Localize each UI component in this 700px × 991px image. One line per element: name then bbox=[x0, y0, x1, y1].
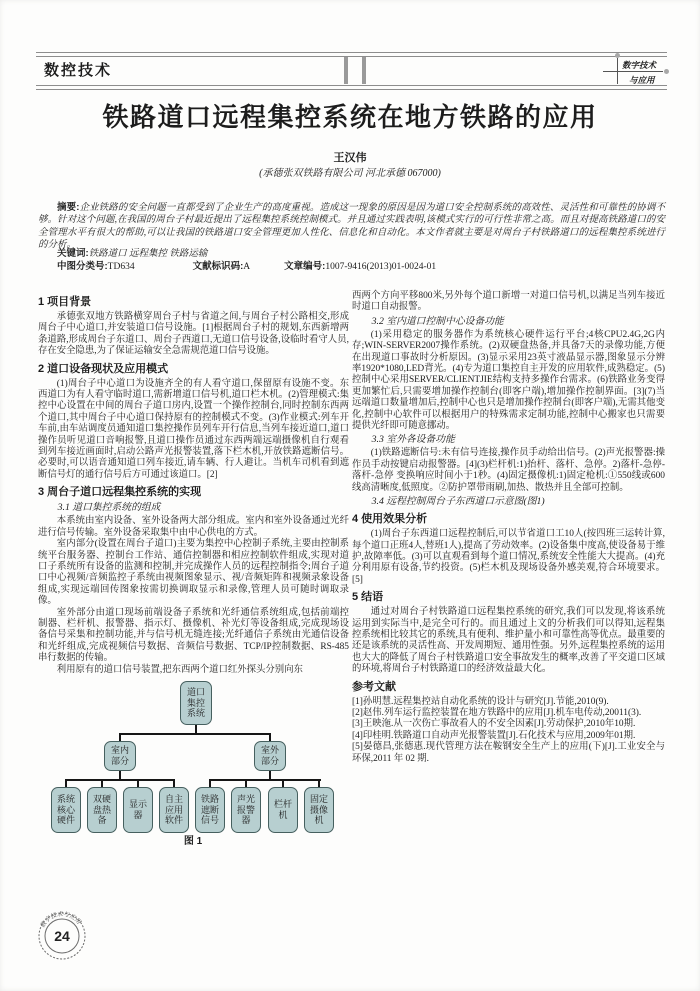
diagram-leaf-node: 自主应用软件 bbox=[159, 787, 189, 833]
left-column: 1 项目背景 承德张双地方铁路横穿周台子村与省道之间,与周台子村公路相交,形成周… bbox=[38, 291, 349, 851]
page-number: 24 bbox=[54, 928, 70, 944]
diagram-connector bbox=[195, 725, 197, 733]
reference-item: [5]晏德昌,张德惠.现代管理方法在鞍钢安全生产上的应用(下)[J].工业安全与… bbox=[352, 742, 665, 765]
diagram-leaf-node: 系统核心硬件 bbox=[51, 787, 81, 833]
header-top-rule bbox=[36, 52, 667, 57]
diagram-connector bbox=[137, 779, 139, 787]
diagram-indoor-node: 室内部分 bbox=[104, 741, 136, 771]
article-id-label: 文章编号: bbox=[284, 261, 325, 272]
section-1-heading: 1 项目背景 bbox=[38, 296, 349, 309]
figure-1-diagram: 道口集控系统 室内部分 室外部分 系统核心硬件 双硬盘热备 显示器 自主应用软件… bbox=[38, 681, 348, 851]
header-bottom-rule bbox=[36, 85, 667, 90]
section-5-heading: 5 结语 bbox=[352, 591, 665, 604]
diagram-connector bbox=[101, 779, 103, 787]
diagram-connector bbox=[119, 733, 121, 741]
page-number-stamp: 数字技术与应用 24 bbox=[34, 908, 90, 969]
classification-line: 中图分类号:TD634文献标识码:A文章编号:1007-9416(2013)01… bbox=[57, 258, 665, 272]
section-3-1-paragraph-1: 本系统由室内设备、室外设备两大部分组成。室内和室外设备通过光纤进行信号传输。室外… bbox=[38, 516, 349, 539]
diagram-root-node: 道口集控系统 bbox=[180, 681, 212, 725]
section-3-heading: 3 周台子道口远程集控系统的实现 bbox=[38, 486, 349, 499]
section-1-paragraph: 承德张双地方铁路横穿周台子村与省道之间,与周台子村公路相交,形成周台子中心道口,… bbox=[38, 312, 349, 358]
section-4-heading: 4 使用效果分析 bbox=[352, 513, 665, 526]
header-divider-bar bbox=[344, 57, 348, 84]
diagram-leaf-node: 铁路遮断信号 bbox=[195, 787, 225, 833]
diagram-connector bbox=[119, 733, 271, 735]
article-affiliation: (承德张双铁路有限公司 河北承德 067000) bbox=[0, 164, 700, 179]
diagram-connector bbox=[269, 771, 271, 779]
journal-page: 数控技术 数字技术 与应用 铁路道口远程集控系统在地方铁路的应用 王汉伟 (承德… bbox=[0, 0, 700, 991]
section-3-3-paragraph: (1)铁路遮断信号:未有信号连接,操作员手动给出信号。(2)声光报警器:操作员手… bbox=[352, 448, 665, 494]
clc-value: TD634 bbox=[108, 262, 135, 272]
section-4-paragraph: (1)周台子东西道口远程控制后,可以节省道口工10人(按四班三运转计算,每个道口… bbox=[352, 529, 665, 586]
logo-horizontal-line bbox=[603, 71, 663, 72]
section-3-2-paragraph: (1)采用稳定的服务器作为系统核心硬件运行平台;4核CPU2.4G,2G内存;W… bbox=[352, 330, 665, 433]
article-id-value: 1007-9416(2013)01-0024-01 bbox=[325, 262, 436, 272]
reference-item: [2]赵伟.列车运行监控装置在地方铁路中的应用[J].机车电传动,20011(3… bbox=[352, 708, 665, 719]
diagram-connector bbox=[209, 779, 321, 781]
doc-code-label: 文献标识码: bbox=[193, 261, 244, 272]
diagram-leaf-node: 固定摄像机 bbox=[304, 787, 334, 833]
references-list: [1]孙明慧.远程集控站自动化系统的设计与研究[J].节能,2010(9). [… bbox=[352, 697, 665, 765]
header-divider-bar bbox=[362, 57, 366, 84]
diagram-connector bbox=[269, 733, 271, 741]
diagram-connector bbox=[282, 779, 284, 787]
diagram-connector bbox=[173, 779, 175, 787]
diagram-leaf-node: 双硬盘热备 bbox=[87, 787, 117, 833]
figure-1-caption: 图 1 bbox=[38, 836, 348, 847]
stamp-icon: 数字技术与应用 24 bbox=[34, 908, 90, 964]
diagram-connector bbox=[318, 779, 320, 787]
reference-item: [4]印桂明.铁路道口自动声光报警装置[J].石化技术与应用,2009年01期. bbox=[352, 731, 665, 742]
journal-logo: 数字技术 与应用 bbox=[599, 55, 667, 87]
right-column: 西两个方向平移800米,另外每个道口新增一对道口信号机,以满足当列车接近时道口自… bbox=[352, 291, 665, 765]
continuation-paragraph: 西两个方向平移800米,另外每个道口新增一对道口信号机,以满足当列车接近时道口自… bbox=[352, 291, 665, 314]
diagram-connector bbox=[65, 779, 67, 787]
clc-label: 中图分类号: bbox=[57, 261, 108, 272]
section-3-1-paragraph-2: 室内部分(设置在周台子道口)主要为集控中心控制子系统,主要由控制系统平台服务器、… bbox=[38, 539, 349, 607]
abstract-label: 摘要: bbox=[57, 202, 79, 213]
section-3-1-paragraph-3: 室外部分由道口现场前端设备子系统和光纤通信系统组成,包括前端控制器、栏杆机、报警… bbox=[38, 608, 349, 665]
keywords-line: 关键词:铁路道口 远程集控 铁路运输 bbox=[57, 245, 665, 259]
reference-item: [3]王映沲.从一次伤亡事故看人的不安全因素[J].劳动保护,2010年10期. bbox=[352, 719, 665, 730]
section-3-4-heading: 3.4 远程控制周台子东西道口示意图(图1) bbox=[352, 496, 665, 508]
column-label: 数控技术 bbox=[44, 59, 112, 80]
doc-code-value: A bbox=[243, 262, 250, 272]
article-author: 王汉伟 bbox=[0, 149, 700, 165]
section-3-2-heading: 3.2 室内道口控制中心设备功能 bbox=[352, 316, 665, 328]
references-heading: 参考文献 bbox=[352, 681, 665, 694]
section-3-1-heading: 3.1 道口集控系统的组成 bbox=[38, 502, 349, 514]
diagram-leaf-node: 声光报警器 bbox=[231, 787, 261, 833]
diagram-connector bbox=[65, 779, 175, 781]
section-2-heading: 2 道口设备现状及应用模式 bbox=[38, 363, 349, 376]
reference-item: [1]孙明慧.远程集控站自动化系统的设计与研究[J].节能,2010(9). bbox=[352, 697, 665, 708]
logo-dot-icon bbox=[664, 69, 669, 74]
article-title: 铁路道口远程集控系统在地方铁路的应用 bbox=[0, 97, 700, 134]
diagram-connector bbox=[209, 779, 211, 787]
section-3-1-paragraph-4: 利用原有的道口信号装置,把东西两个道口红外探头分别向东 bbox=[38, 665, 349, 676]
diagram-leaf-node: 显示器 bbox=[123, 787, 153, 833]
diagram-connector bbox=[119, 771, 121, 779]
diagram-connector bbox=[245, 779, 247, 787]
section-5-paragraph: 通过对周台子村铁路道口远程集控系统的研究,我们可以发现,将该系统运用到实际当中,… bbox=[352, 607, 665, 675]
abstract-text: 企业铁路的安全问题一直都受到了企业生产的高度重视。造成这一现象的原因是因为道口安… bbox=[38, 203, 665, 251]
diagram-outdoor-node: 室外部分 bbox=[254, 741, 286, 771]
diagram-leaf-node: 栏杆机 bbox=[268, 787, 298, 833]
journal-name-line1: 数字技术 bbox=[622, 59, 656, 71]
section-2-paragraph: (1)周台子中心道口为设施齐全的有人看守道口,保留原有设施不变。东西道口为有人看… bbox=[38, 379, 349, 482]
section-3-3-heading: 3.3 室外各设备功能 bbox=[352, 434, 665, 446]
